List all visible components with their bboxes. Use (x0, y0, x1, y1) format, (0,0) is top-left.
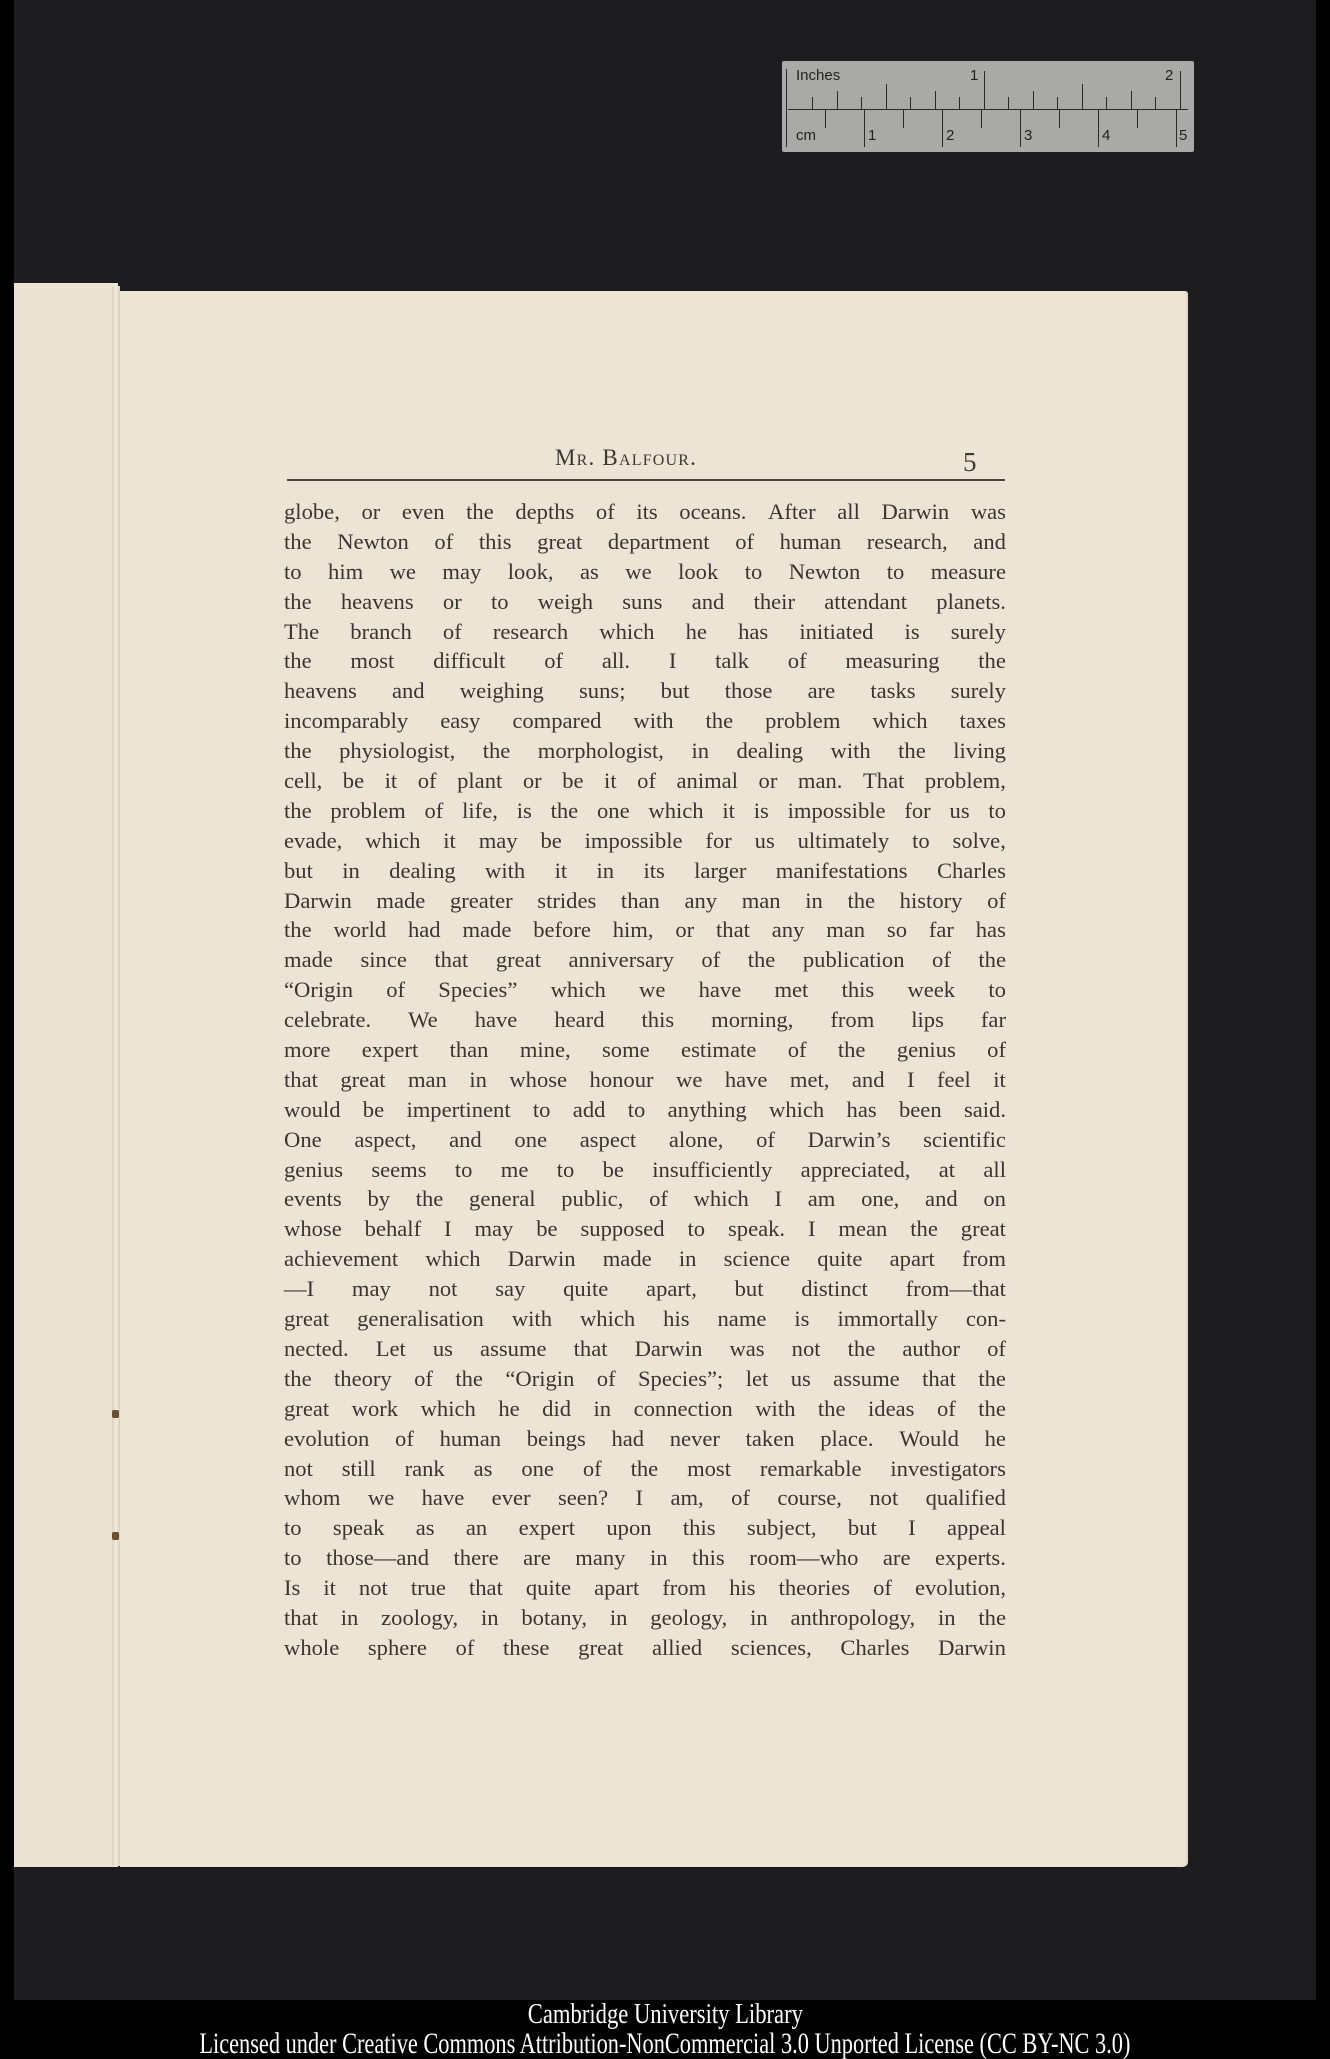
staple-mark (112, 1532, 119, 1540)
ruler-tick (1131, 91, 1132, 109)
text-line: tothose—andtherearemanyinthisroom—whoare… (284, 1543, 1006, 1573)
page-number: 5 (963, 447, 977, 478)
text-line: “OriginofSpecies”whichwehavemetthisweekt… (284, 975, 1006, 1005)
text-line: thephysiologist,themorphologist,indealin… (284, 736, 1006, 766)
text-line: incomparablyeasycomparedwiththeproblemwh… (284, 706, 1006, 736)
credit-institution: Cambridge University Library (0, 1999, 1330, 2029)
ruler-tick (812, 97, 813, 109)
header-rule (287, 479, 1005, 481)
text-line: Darwinmadegreaterstridesthananymanintheh… (284, 886, 1006, 916)
facing-page-edge (14, 283, 118, 1867)
ruler-cm-3: 3 (1024, 127, 1032, 144)
credit-license-text: Licensed under Creative Commons Attribut… (199, 2028, 1130, 2059)
text-line: notstillrankasoneofthemostremarkableinve… (284, 1454, 1006, 1484)
text-line: evolutionofhumanbeingshadnevertakenplace… (284, 1424, 1006, 1454)
ruler-axis (788, 109, 1188, 110)
text-line: theNewtonofthisgreatdepartmentofhumanres… (284, 527, 1006, 557)
text-line: celebrate.Wehaveheardthismorning,fromlip… (284, 1005, 1006, 1035)
text-line: themostdifficultofall.Italkofmeasuringth… (284, 646, 1006, 676)
text-line: globe,oreventhedepthsofitsoceans.Afteral… (284, 497, 1006, 527)
text-line: tospeakasanexpertuponthissubject,butIapp… (284, 1513, 1006, 1543)
text-line: theworldhadmadebeforehim,orthatanymansof… (284, 915, 1006, 945)
text-line: theheavensortoweighsunsandtheirattendant… (284, 587, 1006, 617)
text-line: wholesphereofthesegreatalliedsciences,Ch… (284, 1633, 1006, 1663)
text-line: tohimwemaylook,aswelooktoNewtontomeasure (284, 557, 1006, 587)
ruler-tick (1008, 97, 1009, 109)
text-line: Oneaspect,andoneaspectalone,ofDarwin’ssc… (284, 1125, 1006, 1155)
text-line: butindealingwithitinitslargermanifestati… (284, 856, 1006, 886)
ruler-tick (984, 71, 985, 109)
text-line: theproblemoflife,istheonewhichitisimposs… (284, 796, 1006, 826)
ruler-tick (1176, 109, 1177, 147)
text-line: thatgreatmaninwhosehonourwehavemet,andIf… (284, 1065, 1006, 1095)
ruler-tick (959, 97, 960, 109)
text-line: wouldbeimpertinenttoaddtoanythingwhichha… (284, 1095, 1006, 1125)
body-text: globe,oreventhedepthsofitsoceans.Afteral… (284, 497, 1006, 1663)
text-line: moreexpertthanmine,someestimateofthegeni… (284, 1035, 1006, 1065)
scale-ruler: Inches cm 1 2 1 2 3 4 5 (782, 61, 1194, 152)
ruler-inch-2: 2 (1165, 67, 1173, 84)
ruler-tick (903, 109, 904, 128)
text-line: thatinzoology,inbotany,ingeology,inanthr… (284, 1603, 1006, 1633)
ruler-inch-1: 1 (970, 67, 978, 84)
text-line: whosebehalfImaybesupposedtospeak.Imeanth… (284, 1214, 1006, 1244)
ruler-tick (1059, 109, 1060, 128)
text-line: —Imaynotsayquiteapart,butdistinctfrom—th… (284, 1274, 1006, 1304)
credit-institution-text: Cambridge University Library (527, 1999, 802, 2029)
text-line: geniusseemstometobeinsufficientlyappreci… (284, 1155, 1006, 1185)
ruler-cm-1: 1 (868, 127, 876, 144)
ruler-cm-4: 4 (1102, 127, 1110, 144)
text-line: greatworkwhichhedidinconnectionwiththeid… (284, 1394, 1006, 1424)
ruler-tick (861, 97, 862, 109)
ruler-tick (935, 91, 936, 109)
ruler-tick (1057, 97, 1058, 109)
ruler-tick (1137, 109, 1138, 128)
ruler-tick (864, 109, 865, 147)
ruler-tick (886, 84, 887, 109)
ruler-tick (1155, 97, 1156, 109)
running-head-title: Mr. Balfour. (555, 445, 697, 471)
binding-gutter (112, 286, 120, 1866)
ruler-tick (825, 109, 826, 128)
text-line: thetheoryofthe“OriginofSpecies”;letusass… (284, 1364, 1006, 1394)
credit-license: Licensed under Creative Commons Attribut… (0, 2028, 1330, 2059)
text-line: whomwehaveeverseen?Iam,ofcourse,notquali… (284, 1483, 1006, 1513)
ruler-cm-5: 5 (1179, 127, 1187, 144)
text-line: Isitnottruethatquiteapartfromhistheories… (284, 1573, 1006, 1603)
text-line: eventsbythegeneralpublic,ofwhichIamone,a… (284, 1184, 1006, 1214)
ruler-tick (1033, 91, 1034, 109)
text-line: achievementwhichDarwinmadeinsciencequite… (284, 1244, 1006, 1274)
text-line: madesincethatgreatanniversaryofthepublic… (284, 945, 1006, 975)
text-line: cell,beitofplantorbeitofanimalorman.That… (284, 766, 1006, 796)
staple-mark (112, 1410, 119, 1418)
ruler-tick (981, 109, 982, 128)
text-line: nected.LetusassumethatDarwinwasnottheaut… (284, 1334, 1006, 1364)
ruler-tick (1082, 84, 1083, 109)
ruler-inches-label: Inches (796, 67, 840, 84)
ruler-tick (1106, 97, 1107, 109)
text-line: heavensandweighingsuns;butthosearetaskss… (284, 676, 1006, 706)
ruler-edge-tick (786, 69, 787, 147)
ruler-cm-2: 2 (946, 127, 954, 144)
ruler-tick (1098, 109, 1099, 147)
ruler-tick (910, 97, 911, 109)
ruler-cm-label: cm (796, 127, 816, 144)
ruler-tick (1180, 71, 1181, 109)
ruler-tick (837, 91, 838, 109)
ruler-tick (942, 109, 943, 147)
text-line: greatgeneralisationwithwhichhisnameisimm… (284, 1304, 1006, 1334)
text-line: Thebranchofresearchwhichhehasinitiatedis… (284, 617, 1006, 647)
text-line: evade,whichitmaybeimpossibleforusultimat… (284, 826, 1006, 856)
ruler-tick (1020, 109, 1021, 147)
